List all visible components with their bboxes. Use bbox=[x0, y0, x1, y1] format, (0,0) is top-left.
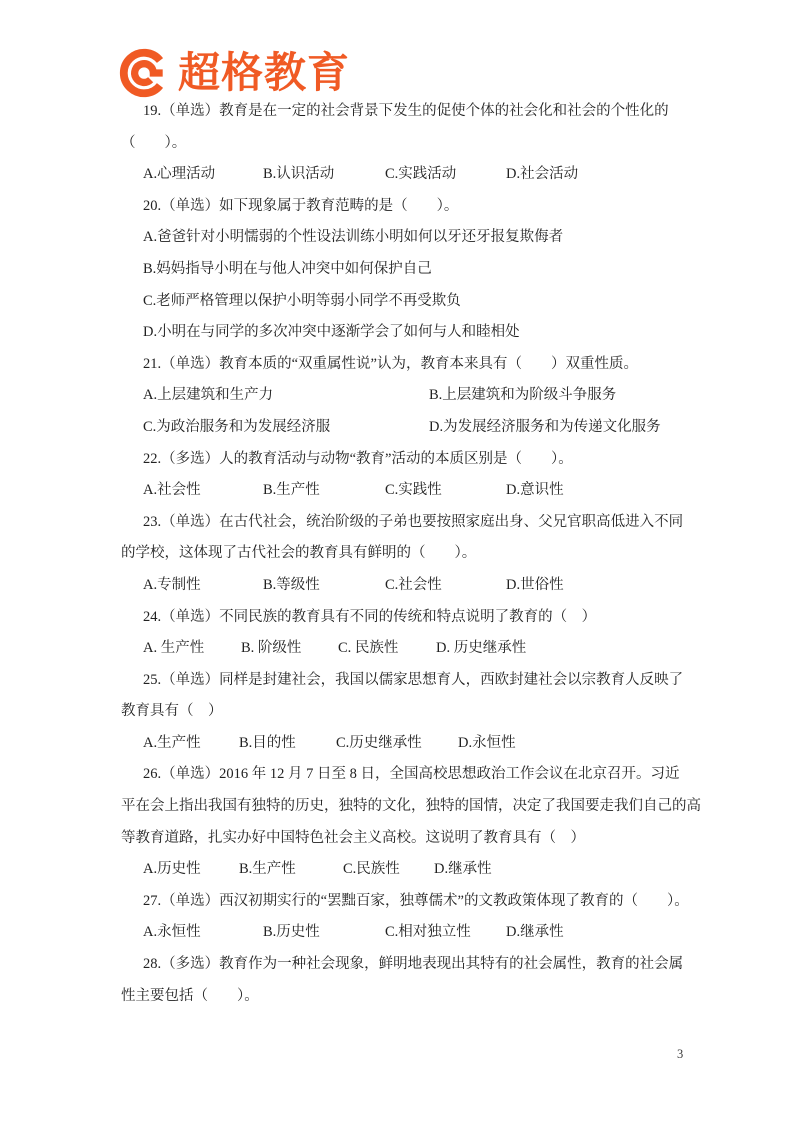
q21-option-a: A.上层建筑和生产力 bbox=[143, 380, 273, 412]
q28-stem-line-1: 28.（多选）教育作为一种社会现象，鲜明地表现出其特有的社会属性，教育的社会属 bbox=[121, 949, 684, 981]
q28-stem-line-2: 性主要包括（ ）。 bbox=[121, 981, 684, 1013]
q26-option-b: B.生产性 bbox=[239, 854, 296, 886]
q26-options-row: A.历史性B.生产性C.民族性D.继承性 bbox=[121, 854, 684, 886]
document-page: 超格教育 19.（单选）教育是在一定的社会背景下发生的促使个体的社会化和社会的个… bbox=[0, 0, 804, 1137]
q20-option-d: D.小明在与同学的多次冲突中逐渐学会了如何与人和睦相处 bbox=[121, 317, 684, 349]
q21-stem-line-1: 21.（单选）教育本质的“双重属性说”认为，教育本来具有（ ）双重性质。 bbox=[121, 349, 684, 381]
q27-option-b: B.历史性 bbox=[263, 917, 320, 949]
q24-stem-line-1: 24.（单选）不同民族的教育具有不同的传统和特点说明了教育的（ ） bbox=[121, 602, 684, 634]
q19-option-a: A.心理活动 bbox=[143, 159, 215, 191]
q25-stem-line-1: 25.（单选）同样是封建社会，我国以儒家思想育人，西欧封建社会以宗教育人反映了 bbox=[121, 665, 684, 697]
q25-stem-line-2: 教育具有（ ） bbox=[121, 696, 684, 728]
brand-logo: 超格教育 bbox=[117, 44, 350, 102]
q26-option-d: D.继承性 bbox=[434, 854, 492, 886]
q19-option-d: D.社会活动 bbox=[506, 159, 578, 191]
q25-option-a: A.生产性 bbox=[143, 728, 201, 760]
q23-option-b: B.等级性 bbox=[263, 570, 320, 602]
q21-option-d: D.为发展经济服务和为传递文化服务 bbox=[429, 412, 661, 444]
q25-options-row: A.生产性B.目的性C.历史继承性D.永恒性 bbox=[121, 728, 684, 760]
q22-option-d: D.意识性 bbox=[506, 475, 564, 507]
q20-option-b: B.妈妈指导小明在与他人冲突中如何保护自己 bbox=[121, 254, 684, 286]
q24-option-a: A. 生产性 bbox=[143, 633, 204, 665]
q19-stem-line-2: （ ）。 bbox=[121, 128, 684, 160]
q25-option-c: C.历史继承性 bbox=[336, 728, 422, 760]
q26-stem-line-1: 26.（单选）2016 年 12 月 7 日至 8 日，全国高校思想政治工作会议… bbox=[121, 759, 684, 791]
q20-option-a: A.爸爸针对小明懦弱的个性设法训练小明如何以牙还牙报复欺侮者 bbox=[121, 222, 684, 254]
q20-stem-line-1: 20.（单选）如下现象属于教育范畴的是（ ）。 bbox=[121, 191, 684, 223]
q22-option-a: A.社会性 bbox=[143, 475, 201, 507]
q25-option-d: D.永恒性 bbox=[458, 728, 516, 760]
q26-stem-line-3: 等教育道路，扎实办好中国特色社会主义高校。这说明了教育具有（ ） bbox=[121, 823, 684, 855]
q27-options-row: A.永恒性B.历史性C.相对独立性D.继承性 bbox=[121, 917, 684, 949]
q23-option-a: A.专制性 bbox=[143, 570, 201, 602]
q21-options-row: C.为政治服务和为发展经济服D.为发展经济服务和为传递文化服务 bbox=[121, 412, 684, 444]
q21-options-row: A.上层建筑和生产力B.上层建筑和为阶级斗争服务 bbox=[121, 380, 684, 412]
q27-option-d: D.继承性 bbox=[506, 917, 564, 949]
q24-options-row: A. 生产性B. 阶级性C. 民族性D. 历史继承性 bbox=[121, 633, 684, 665]
q22-options-row: A.社会性B.生产性C.实践性D.意识性 bbox=[121, 475, 684, 507]
q27-option-c: C.相对独立性 bbox=[385, 917, 471, 949]
chaoge-g-icon bbox=[117, 46, 171, 100]
q22-stem-line-1: 22.（多选）人的教育活动与动物“教育”活动的本质区别是（ ）。 bbox=[121, 444, 684, 476]
q19-option-c: C.实践活动 bbox=[385, 159, 456, 191]
q27-stem-line-1: 27.（单选）西汉初期实行的“罢黜百家，独尊儒术”的文教政策体现了教育的（ ）。 bbox=[121, 886, 684, 918]
q23-options-row: A.专制性B.等级性C.社会性D.世俗性 bbox=[121, 570, 684, 602]
q23-stem-line-1: 23.（单选）在古代社会，统治阶级的子弟也要按照家庭出身、父兄官职高低进入不同 bbox=[121, 507, 684, 539]
q23-option-c: C.社会性 bbox=[385, 570, 442, 602]
q19-options-row: A.心理活动B.认识活动C.实践活动D.社会活动 bbox=[121, 159, 684, 191]
q26-stem-line-2: 平在会上指出我国有独特的历史，独特的文化，独特的国情，决定了我国要走我们自己的高 bbox=[121, 791, 684, 823]
q27-option-a: A.永恒性 bbox=[143, 917, 201, 949]
q21-option-c: C.为政治服务和为发展经济服 bbox=[143, 412, 330, 444]
question-list: 19.（单选）教育是在一定的社会背景下发生的促使个体的社会化和社会的个性化的（ … bbox=[121, 96, 684, 1012]
q24-option-d: D. 历史继承性 bbox=[436, 633, 526, 665]
q25-option-b: B.目的性 bbox=[239, 728, 296, 760]
q19-option-b: B.认识活动 bbox=[263, 159, 334, 191]
brand-name: 超格教育 bbox=[178, 46, 350, 100]
page-number: 3 bbox=[677, 1047, 683, 1062]
q26-option-c: C.民族性 bbox=[343, 854, 400, 886]
q21-option-b: B.上层建筑和为阶级斗争服务 bbox=[429, 380, 616, 412]
q23-stem-line-2: 的学校，这体现了古代社会的教育具有鲜明的（ ）。 bbox=[121, 538, 684, 570]
q24-option-b: B. 阶级性 bbox=[241, 633, 301, 665]
q24-option-c: C. 民族性 bbox=[338, 633, 398, 665]
q26-option-a: A.历史性 bbox=[143, 854, 201, 886]
q20-option-c: C.老师严格管理以保护小明等弱小同学不再受欺负 bbox=[121, 286, 684, 318]
q19-stem-line-1: 19.（单选）教育是在一定的社会背景下发生的促使个体的社会化和社会的个性化的 bbox=[121, 96, 684, 128]
q23-option-d: D.世俗性 bbox=[506, 570, 564, 602]
q22-option-b: B.生产性 bbox=[263, 475, 320, 507]
q22-option-c: C.实践性 bbox=[385, 475, 442, 507]
